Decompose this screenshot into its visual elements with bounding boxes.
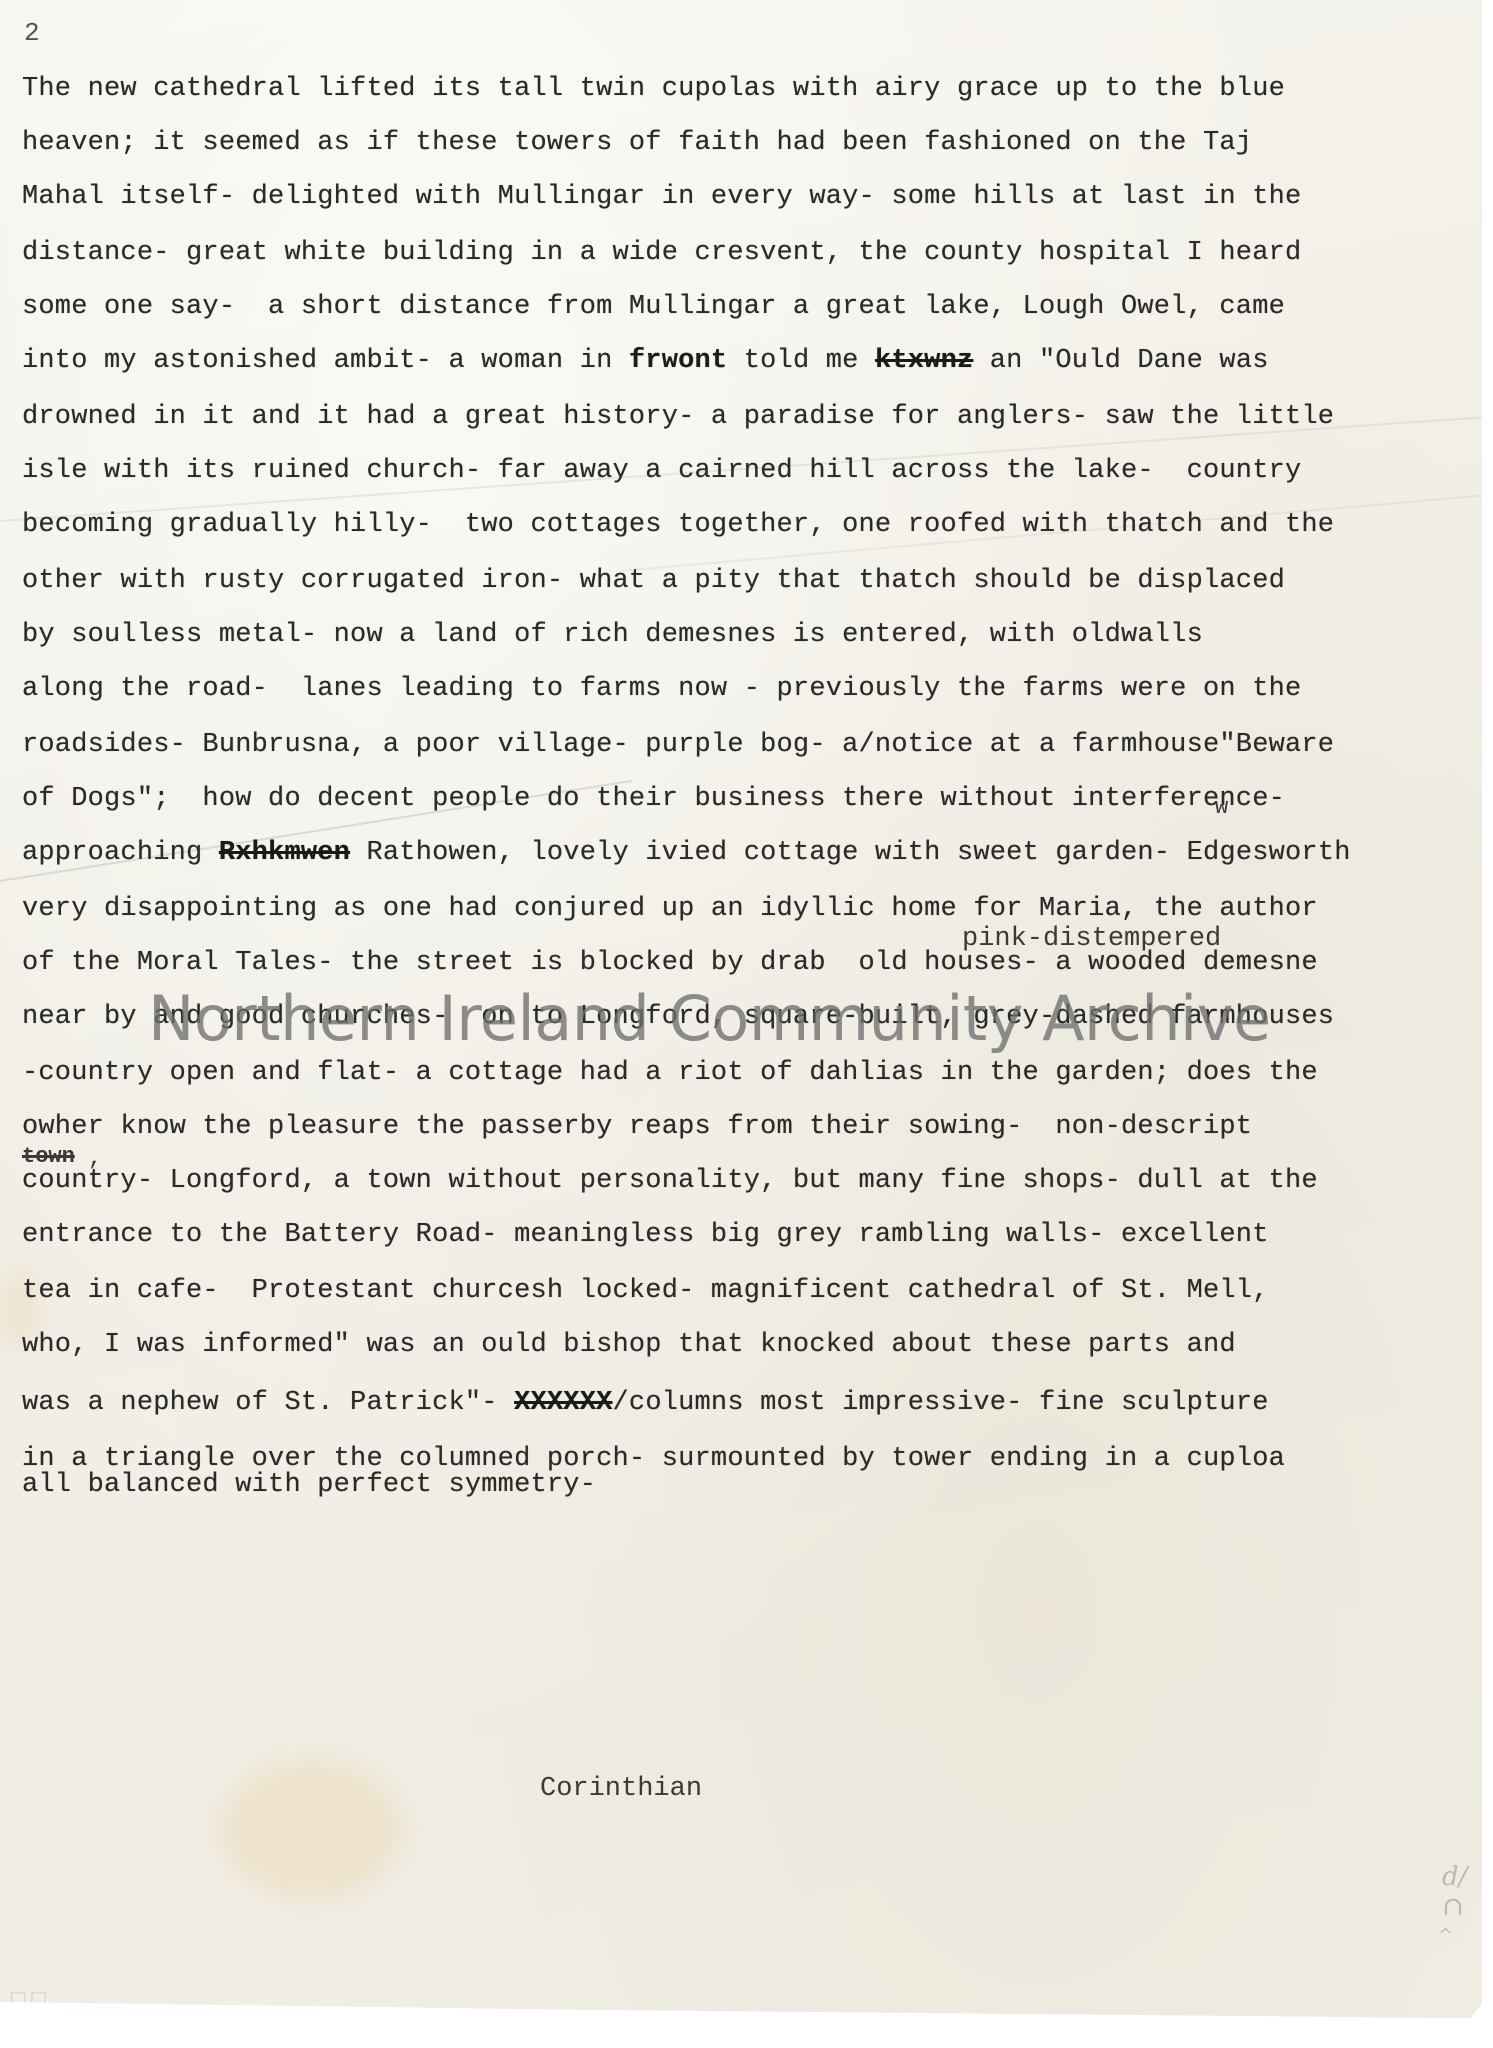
text-segment: along the road- lanes leading to farms n… — [22, 674, 1301, 704]
text-line: tea in cafe- Protestant churcesh locked-… — [22, 1276, 1269, 1306]
text-line: entrance to the Battery Road- meaningles… — [22, 1220, 1269, 1250]
pencil-margin-mark: d/∩ — [1442, 1862, 1482, 1922]
text-line: roadsides- Bunbrusna, a poor village- pu… — [22, 730, 1334, 760]
text-line: isle with its ruined church- far away a … — [22, 456, 1301, 486]
struck-out-text: ktxwnz — [875, 346, 973, 376]
struck-out-text: Rxhkmwen — [219, 838, 350, 868]
text-line: all balanced with perfect symmetry- — [22, 1470, 596, 1500]
page-number: 2 — [24, 18, 40, 48]
text-segment: /columns most impressive- fine sculpture — [613, 1388, 1269, 1418]
text-line: other with rusty corrugated iron- what a… — [22, 566, 1285, 596]
text-line: Mahal itself- delighted with Mullingar i… — [22, 182, 1301, 212]
text-segment: by soulless metal- now a land of rich de… — [22, 620, 1203, 650]
insertion-w: w — [1215, 793, 1228, 823]
text-segment: an "Ould Dane was — [973, 346, 1268, 376]
text-line: by soulless metal- now a land of rich de… — [22, 620, 1203, 650]
text-segment: all balanced with perfect symmetry- — [22, 1470, 596, 1500]
text-line: owher know the pleasure the passerby rea… — [22, 1112, 1252, 1142]
text-segment: roadsides- Bunbrusna, a poor village- pu… — [22, 730, 1334, 760]
faint-stamp-mark: ▫▫ — [8, 1980, 49, 2015]
text-segment: told me — [727, 346, 875, 376]
text-segment: drowned in it and it had a great history… — [22, 402, 1334, 432]
text-line: distance- great white building in a wide… — [22, 238, 1301, 268]
text-segment: who, I was informed" was an ould bishop … — [22, 1330, 1236, 1360]
text-line: along the road- lanes leading to farms n… — [22, 674, 1301, 704]
text-segment: distance- great white building in a wide… — [22, 238, 1301, 268]
text-segment: The new cathedral lifted its tall twin c… — [22, 74, 1285, 104]
text-segment: entrance to the Battery Road- meaningles… — [22, 1220, 1269, 1250]
text-line: heaven; it seemed as if these towers of … — [22, 128, 1252, 158]
text-segment: heaven; it seemed as if these towers of … — [22, 128, 1252, 158]
text-line: country- Longford, a town without person… — [22, 1166, 1318, 1196]
text-segment: Mahal itself- delighted with Mullingar i… — [22, 182, 1301, 212]
struck-out-text: XXXXXX — [514, 1388, 612, 1418]
text-segment: into my astonished ambit- a woman in — [22, 346, 629, 376]
text-line: near by and good churches- on to Longfor… — [22, 1002, 1334, 1032]
insertion-corinthian: Corinthian — [540, 1774, 702, 1804]
paper-stain — [220, 1760, 400, 1900]
text-segment: country- Longford, a town without person… — [22, 1166, 1318, 1196]
text-line: becoming gradually hilly- two cottages t… — [22, 510, 1334, 540]
insertion-town-struck: town — [22, 1142, 75, 1172]
document-page: 2 The new cathedral lifted its tall twin… — [0, 0, 1482, 2018]
text-segment: becoming gradually hilly- two cottages t… — [22, 510, 1334, 540]
text-segment: owher know the pleasure the passerby rea… — [22, 1112, 1252, 1142]
text-segment: very disappointing as one had conjured u… — [22, 894, 1318, 924]
text-line: of Dogs"; how do decent people do their … — [22, 784, 1285, 814]
insertion-pink-distempered: pink-distempered — [962, 924, 1221, 954]
text-line: drowned in it and it had a great history… — [22, 402, 1334, 432]
text-line: approaching Rxhkmwen Rathowen, lovely iv… — [22, 838, 1351, 868]
text-segment: Rathowen, lovely ivied cottage with swee… — [350, 838, 1351, 868]
text-segment: other with rusty corrugated iron- what a… — [22, 566, 1285, 596]
text-segment: -country open and flat- a cottage had a … — [22, 1058, 1318, 1088]
text-line: very disappointing as one had conjured u… — [22, 894, 1318, 924]
pencil-caret-mark: ^ — [1438, 1925, 1453, 1946]
text-segment: tea in cafe- Protestant churcesh locked-… — [22, 1276, 1269, 1306]
text-segment: frwont — [629, 346, 727, 376]
text-line: into my astonished ambit- a woman in frw… — [22, 346, 1269, 376]
text-segment: near by and good churches- on to Longfor… — [22, 1002, 1334, 1032]
text-segment: isle with its ruined church- far away a … — [22, 456, 1301, 486]
text-line: -country open and flat- a cottage had a … — [22, 1058, 1318, 1088]
text-line: some one say- a short distance from Mull… — [22, 292, 1285, 322]
insertion-comma: , — [88, 1144, 102, 1174]
text-segment: approaching — [22, 838, 219, 868]
text-segment: some one say- a short distance from Mull… — [22, 292, 1285, 322]
text-line: The new cathedral lifted its tall twin c… — [22, 74, 1285, 104]
text-segment: was a nephew of St. Patrick"- — [22, 1388, 514, 1418]
text-line: who, I was informed" was an ould bishop … — [22, 1330, 1236, 1360]
text-line: was a nephew of St. Patrick"- XXXXXX/col… — [22, 1388, 1269, 1418]
text-segment: of Dogs"; how do decent people do their … — [22, 784, 1285, 814]
